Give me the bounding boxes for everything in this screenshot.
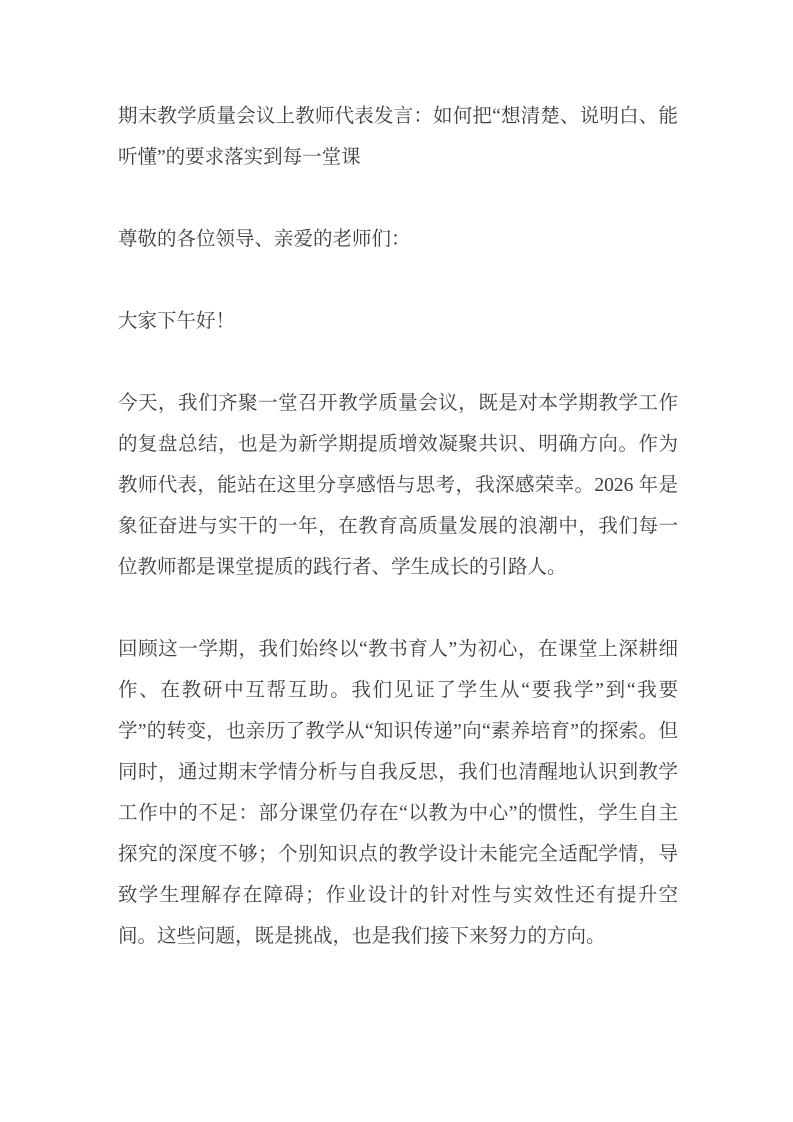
greeting-paragraph: 大家下午好！ <box>118 301 678 342</box>
document-page: 期末教学质量会议上教师代表发言：如何把“想清楚、说明白、能听懂”的要求落实到每一… <box>0 0 793 1122</box>
opening-paragraph: 今天，我们齐聚一堂召开教学质量会议，既是对本学期教学工作的复盘总结，也是为新学期… <box>118 383 678 588</box>
document-title: 期末教学质量会议上教师代表发言：如何把“想清楚、说明白、能听懂”的要求落实到每一… <box>118 96 678 178</box>
review-and-reflection-paragraph: 回顾这一学期，我们始终以“教书育人”为初心，在课堂上深耕细作、在教研中互帮互助。… <box>118 629 678 957</box>
salutation-paragraph: 尊敬的各位领导、亲爱的老师们： <box>118 219 678 260</box>
